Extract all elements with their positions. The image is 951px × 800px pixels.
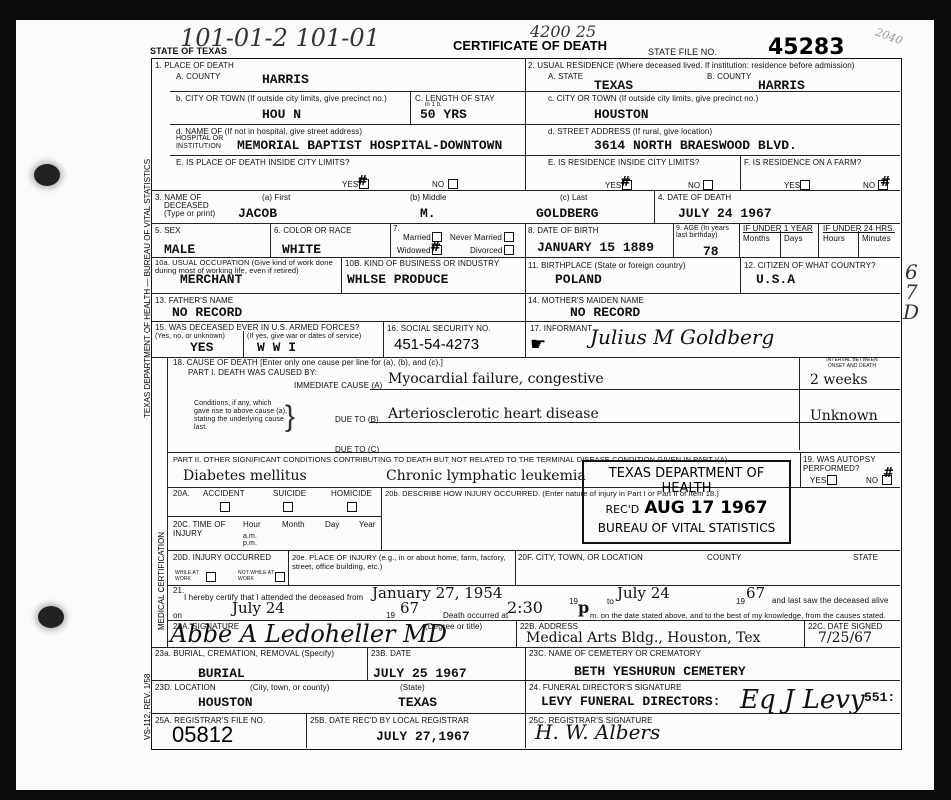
date-signed: 7/25/67 bbox=[818, 630, 872, 646]
disposition-date: JULY 25 1967 bbox=[373, 666, 467, 681]
brace-icon: } bbox=[285, 400, 295, 434]
not-while-at-work-checkbox[interactable] bbox=[275, 572, 285, 582]
social-security-number: 451-54-4273 bbox=[394, 336, 479, 353]
part2-condition-b: Chronic lymphatic leukemia bbox=[386, 468, 586, 484]
disposition-method: BURIAL bbox=[198, 666, 245, 681]
immediate-cause: Myocardial failure, congestive bbox=[388, 371, 604, 387]
handwritten-margin-d: D bbox=[903, 300, 919, 324]
residence-street: 3614 NORTH BRAESWOOD BLVD. bbox=[594, 138, 797, 153]
punch-hole bbox=[34, 164, 60, 186]
physician-signature: Abbe A Ledoheller MD bbox=[170, 620, 447, 648]
due-to-b: Arteriosclerotic heart disease bbox=[388, 406, 599, 422]
homicide-checkbox[interactable] bbox=[347, 502, 357, 512]
middle-name: M. bbox=[420, 206, 436, 221]
date-of-death: JULY 24 1967 bbox=[678, 206, 772, 221]
race: WHITE bbox=[282, 242, 321, 257]
cemetery-name: BETH YESHURUN CEMETERY bbox=[574, 664, 746, 679]
disposition-location: HOUSTON bbox=[198, 695, 253, 710]
state-file-label: STATE FILE NO. bbox=[648, 47, 717, 57]
form-number: VS-112, REV. 1/58 bbox=[143, 674, 152, 740]
armed-forces: YES bbox=[190, 340, 213, 355]
pointing-hand-icon: ☛ bbox=[530, 334, 546, 355]
time-of-death: 2:30 bbox=[507, 598, 543, 617]
birthplace: POLAND bbox=[555, 272, 602, 287]
divorced-checkbox[interactable] bbox=[504, 245, 514, 255]
never-married-checkbox[interactable] bbox=[504, 232, 514, 242]
punch-hole bbox=[38, 606, 64, 628]
suicide-checkbox[interactable] bbox=[283, 502, 293, 512]
last-seen-date: July 24 bbox=[232, 599, 285, 617]
residence-inside-no[interactable] bbox=[703, 180, 713, 190]
while-at-work-checkbox[interactable] bbox=[206, 572, 216, 582]
sex: MALE bbox=[164, 242, 195, 257]
last-name: GOLDBERG bbox=[536, 206, 598, 221]
dept-margin-text: TEXAS DEPARTMENT OF HEALTH — BUREAU OF V… bbox=[143, 159, 152, 418]
registrar-file-number: 05812 bbox=[172, 722, 233, 748]
registrar-date: JULY 27,1967 bbox=[376, 729, 470, 744]
funeral-license-no: 551: bbox=[864, 690, 895, 705]
death-county: HARRIS bbox=[262, 72, 309, 87]
state-label: STATE OF TEXAS bbox=[150, 46, 227, 56]
farm-yes[interactable] bbox=[800, 180, 810, 190]
funeral-director-signature: Eq J Levy bbox=[740, 685, 865, 715]
attended-from: January 27, 1954 bbox=[372, 584, 502, 602]
father-name: NO RECORD bbox=[172, 305, 242, 320]
received-stamp: TEXAS DEPARTMENT OF HEALTH REC'D AUG 17 … bbox=[582, 460, 791, 544]
registrar-signature: H. W. Albers bbox=[535, 720, 660, 744]
mother-maiden-name: NO RECORD bbox=[570, 305, 640, 320]
stamp-date: AUG 17 1967 bbox=[644, 498, 767, 518]
death-city: HOU N bbox=[262, 107, 301, 122]
informant-signature: Julius M Goldberg bbox=[590, 325, 774, 349]
occupation: MERCHANT bbox=[180, 272, 242, 287]
attended-to-year: 67 bbox=[746, 584, 765, 602]
death-inside-limits-no[interactable] bbox=[448, 179, 458, 189]
business: WHLSE PRODUCE bbox=[347, 272, 448, 287]
physician-address: Medical Arts Bldg., Houston, Tex bbox=[526, 630, 761, 646]
citizenship: U.S.A bbox=[756, 272, 795, 287]
medical-cert-margin: MEDICAL CERTIFICATION bbox=[157, 532, 166, 630]
autopsy-yes[interactable] bbox=[827, 475, 837, 485]
residence-city: HOUSTON bbox=[594, 107, 649, 122]
immediate-interval: 2 weeks bbox=[810, 372, 868, 388]
first-name: JACOB bbox=[238, 206, 277, 221]
attended-to: July 24 bbox=[617, 584, 670, 602]
certificate-title: CERTIFICATE OF DEATH bbox=[453, 38, 607, 53]
part2-condition-a: Diabetes mellitus bbox=[183, 468, 307, 484]
accident-checkbox[interactable] bbox=[220, 502, 230, 512]
date-of-birth: JANUARY 15 1889 bbox=[537, 240, 654, 255]
funeral-director: LEVY FUNERAL DIRECTORS: bbox=[541, 694, 720, 709]
time-ampm: p bbox=[578, 598, 589, 617]
hospital-name: MEMORIAL BAPTIST HOSPITAL-DOWNTOWN bbox=[237, 138, 502, 153]
war-service: W W I bbox=[257, 340, 296, 355]
state-file-number: 45283 bbox=[768, 35, 845, 60]
last-seen-year: 67 bbox=[400, 599, 419, 617]
length-of-stay: 50 YRS bbox=[420, 107, 467, 122]
disposition-state: TEXAS bbox=[398, 695, 437, 710]
